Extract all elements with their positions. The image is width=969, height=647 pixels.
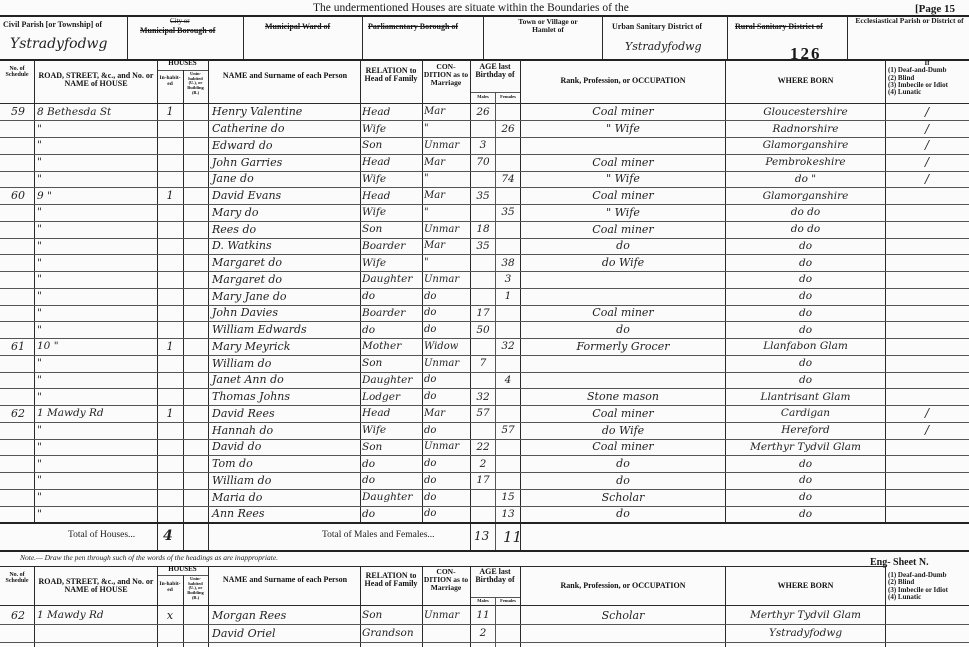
cell-schedule: 60 — [2, 187, 34, 204]
col-condition: CON-DITION as to Marriage — [423, 63, 469, 87]
cell-infirmity — [887, 238, 967, 255]
cell-relation: Daughter — [362, 489, 422, 506]
cell-female: 32 — [496, 338, 520, 355]
cell-name: D. Watkins — [212, 238, 358, 255]
cell-born: do — [727, 472, 884, 489]
cell-female — [496, 624, 520, 642]
total-persons-label: Total of Males and Females... — [322, 530, 435, 540]
cell-born: Llantrisant Glam — [727, 388, 884, 405]
cell-occupation: Stone mason — [522, 388, 724, 405]
cell-occupation: Coal miner — [522, 439, 724, 456]
cell-condition: " — [424, 204, 470, 221]
cell-condition: Unmar — [424, 606, 470, 624]
cell-inhabited — [158, 137, 182, 154]
cell-male: 35 — [471, 187, 495, 204]
cell-infirmity: / — [887, 171, 967, 188]
cell-relation: do — [362, 321, 422, 338]
cell-road: " — [37, 221, 155, 238]
cell-inhabited — [158, 271, 182, 288]
cell-female: 4 — [496, 372, 520, 389]
cell-relation: Boarder — [362, 238, 422, 255]
cell-inhabited — [158, 305, 182, 322]
cell-schedule — [2, 221, 34, 238]
col2-infirmity: (1) Deaf-and-Dumb (2) Blind (3) Imbecile… — [888, 572, 948, 601]
cell-road: 1 Mawdy Rd — [37, 405, 155, 422]
cell-female — [496, 238, 520, 255]
cell-name: Janet Ann do — [212, 372, 358, 389]
cell-schedule — [2, 624, 34, 642]
civil-parish-value: Ystradyfodwg — [10, 36, 107, 52]
ecclesiastical-label: Ecclesiastical Parish or District of — [852, 17, 967, 26]
cell-condition: Mar — [424, 238, 470, 255]
cell-female: 13 — [496, 506, 520, 523]
col2-relation: RELATION to Head of Family — [360, 572, 422, 589]
cell-infirmity — [887, 204, 967, 221]
cell-born: Hereford — [727, 422, 884, 439]
cell-male — [471, 422, 495, 439]
enumeration-district-number: 126 — [790, 44, 822, 64]
cell-born: Gloucestershire — [727, 104, 884, 121]
cell-male — [471, 489, 495, 506]
col-road: ROAD, STREET, &c., and No. or NAME of HO… — [36, 72, 156, 89]
total-males-value: 13 — [474, 529, 489, 543]
cell-male: 57 — [471, 405, 495, 422]
cell-condition: Widow — [424, 338, 470, 355]
cell-male: 22 — [471, 439, 495, 456]
headings-note: Note.— Draw the pen through such of the … — [20, 553, 278, 562]
cell-inhabited: 1 — [158, 187, 182, 204]
cell-male: 2 — [471, 624, 495, 642]
cell-schedule — [2, 171, 34, 188]
col-name: NAME and Surname of each Person — [215, 72, 355, 80]
cell-schedule — [2, 305, 34, 322]
col2-condition: CON-DITION as to Marriage — [423, 568, 469, 592]
cell-born: do — [727, 355, 884, 372]
cell-female — [496, 455, 520, 472]
cell-occupation: Coal miner — [522, 405, 724, 422]
cell-condition: Unmar — [424, 137, 470, 154]
cell-occupation: Coal miner — [522, 221, 724, 238]
col2-age: AGE last Birthday of — [471, 568, 519, 585]
cell-relation: Lodger — [362, 388, 422, 405]
cell-female — [496, 355, 520, 372]
cell-road: " — [37, 137, 155, 154]
cell-schedule — [2, 204, 34, 221]
total-houses-value: 4 — [163, 528, 173, 544]
cell-occupation: Scholar — [522, 606, 724, 624]
cell-condition: do — [424, 489, 470, 506]
cell-road: " — [37, 506, 155, 523]
col2-road: ROAD, STREET, &c., and No. or NAME of HO… — [36, 578, 156, 595]
page-number: [Page 15 — [915, 3, 955, 15]
cell-occupation: do — [522, 472, 724, 489]
cell-male: 35 — [471, 238, 495, 255]
cell-born: do — [727, 455, 884, 472]
cell-inhabited — [158, 489, 182, 506]
cell-road: " — [37, 422, 155, 439]
cell-occupation: do — [522, 455, 724, 472]
cell-occupation — [522, 355, 724, 372]
cell-road: " — [37, 288, 155, 305]
cell-road: " — [37, 372, 155, 389]
cell-occupation: Coal miner — [522, 187, 724, 204]
cell-condition: Unmar — [424, 221, 470, 238]
cell-born: Glamorganshire — [727, 137, 884, 154]
infirmity-4: (4) Lunatic — [888, 89, 966, 96]
cell-born: do " — [727, 171, 884, 188]
cell-road: " — [37, 321, 155, 338]
cell-condition: " — [424, 171, 470, 188]
cell-infirmity — [887, 439, 967, 456]
cell-inhabited: x — [158, 606, 182, 624]
cell-born: Ystradyfodwg — [727, 624, 884, 642]
cell-relation: Grandson — [362, 624, 422, 642]
rural-sanitary-label: Rural Sanitary District of — [735, 22, 823, 31]
cell-schedule: 59 — [2, 104, 34, 121]
cell-schedule — [2, 472, 34, 489]
cell-occupation: do Wife — [522, 254, 724, 271]
parliamentary-borough-label: Parliamentary Borough of — [368, 22, 458, 31]
cell-relation: Wife — [362, 254, 422, 271]
cell-inhabited — [158, 204, 182, 221]
cell-male: 70 — [471, 154, 495, 171]
cell-female: 74 — [496, 171, 520, 188]
cell-infirmity — [887, 372, 967, 389]
cell-relation: Daughter — [362, 271, 422, 288]
cell-name: Thomas Johns — [212, 388, 358, 405]
cell-condition: do — [424, 455, 470, 472]
cell-road: 8 Bethesda St — [37, 104, 155, 121]
cell-schedule — [2, 288, 34, 305]
cell-relation: Son — [362, 439, 422, 456]
cell-female — [496, 305, 520, 322]
cell-infirmity — [887, 254, 967, 271]
cell-schedule — [2, 154, 34, 171]
cell-female: 38 — [496, 254, 520, 271]
cell-female: 35 — [496, 204, 520, 221]
cell-condition: Mar — [424, 154, 470, 171]
infirmity2-4: (4) Lunatic — [888, 594, 948, 601]
cell-born: Cardigan — [727, 405, 884, 422]
cell-male: 11 — [471, 606, 495, 624]
cell-relation: Head — [362, 154, 422, 171]
cell-female: 26 — [496, 120, 520, 137]
cell-relation: do — [362, 455, 422, 472]
cell-occupation: do — [522, 321, 724, 338]
cell-born: Merthyr Tydvil Glam — [727, 606, 884, 624]
cell-infirmity: / — [887, 104, 967, 121]
cell-condition: do — [424, 506, 470, 523]
cell-born: do do — [727, 221, 884, 238]
urban-sanitary-label: Urban Sanitary District of — [612, 22, 702, 31]
cell-female: 1 — [496, 288, 520, 305]
cell-relation: Wife — [362, 422, 422, 439]
cell-name: Rees do — [212, 221, 358, 238]
cell-name: David Rees — [212, 405, 358, 422]
cell-schedule: 61 — [2, 338, 34, 355]
cell-schedule — [2, 372, 34, 389]
cell-occupation: " Wife — [522, 204, 724, 221]
cell-relation: Head — [362, 187, 422, 204]
col-age: AGE last Birthday of — [471, 63, 519, 80]
cell-schedule — [2, 120, 34, 137]
cell-name: David do — [212, 439, 358, 456]
cell-born: do — [727, 372, 884, 389]
cell-born: do — [727, 321, 884, 338]
cell-condition: " — [424, 254, 470, 271]
cell-inhabited — [158, 238, 182, 255]
cell-occupation — [522, 137, 724, 154]
cell-name: Catherine do — [212, 120, 358, 137]
cell-male: 50 — [471, 321, 495, 338]
cell-female — [496, 137, 520, 154]
cell-condition: do — [424, 321, 470, 338]
cell-relation: do — [362, 288, 422, 305]
cell-road: 1 Mawdy Rd — [37, 606, 155, 624]
cell-born: do — [727, 506, 884, 523]
cell-schedule — [2, 254, 34, 271]
cell-born: Radnorshire — [727, 120, 884, 137]
cell-occupation: do Wife — [522, 422, 724, 439]
cell-road: 10 " — [37, 338, 155, 355]
col-houses: HOUSES — [157, 60, 208, 67]
cell-relation: Wife — [362, 120, 422, 137]
top-heading: The undermentioned Houses are situate wi… — [313, 2, 629, 14]
col2-males: Males — [471, 599, 495, 604]
cell-inhabited — [158, 221, 182, 238]
cell-infirmity — [887, 455, 967, 472]
cell-name: Tom do — [212, 455, 358, 472]
cell-road: " — [37, 204, 155, 221]
cell-male: 2 — [471, 455, 495, 472]
cell-female — [496, 221, 520, 238]
cell-inhabited — [158, 506, 182, 523]
cell-infirmity — [887, 271, 967, 288]
col2-uninhabited: Unin-habited (U.), or Building (B.) — [184, 577, 207, 601]
cell-infirmity — [887, 355, 967, 372]
cell-inhabited: 1 — [158, 104, 182, 121]
cell-relation: Mother — [362, 338, 422, 355]
cell-female — [496, 321, 520, 338]
cell-relation: Son — [362, 355, 422, 372]
cell-male: 18 — [471, 221, 495, 238]
cell-inhabited — [158, 388, 182, 405]
cell-occupation: Formerly Grocer — [522, 338, 724, 355]
cell-name: William do — [212, 355, 358, 372]
cell-road: " — [37, 305, 155, 322]
col-relation: RELATION to Head of Family — [360, 67, 422, 84]
cell-schedule: 62 — [2, 405, 34, 422]
cell-name: Hannah do — [212, 422, 358, 439]
cell-infirmity — [887, 187, 967, 204]
cell-name: David Evans — [212, 187, 358, 204]
cell-infirmity — [887, 388, 967, 405]
cell-inhabited: 1 — [158, 405, 182, 422]
cell-name: John Garries — [212, 154, 358, 171]
col-where-born: WHERE BORN — [727, 77, 884, 85]
cell-occupation: Coal miner — [522, 154, 724, 171]
total-houses-label: Total of Houses... — [68, 530, 135, 540]
col-inhabited: In-habit-ed — [158, 76, 182, 88]
cell-road: " — [37, 120, 155, 137]
cell-inhabited — [158, 624, 182, 642]
cell-infirmity — [887, 472, 967, 489]
cell-schedule — [2, 439, 34, 456]
col2-where-born: WHERE BORN — [727, 582, 884, 590]
cell-schedule — [2, 238, 34, 255]
cell-inhabited: 1 — [158, 338, 182, 355]
cell-occupation — [522, 624, 724, 642]
cell-male — [471, 271, 495, 288]
cell-infirmity — [887, 321, 967, 338]
cell-born: do — [727, 254, 884, 271]
cell-infirmity — [887, 624, 967, 642]
cell-occupation — [522, 288, 724, 305]
cell-name: Mary Jane do — [212, 288, 358, 305]
cell-schedule — [2, 321, 34, 338]
cell-born: Llanfabon Glam — [727, 338, 884, 355]
cell-occupation: do — [522, 506, 724, 523]
cell-born: do — [727, 288, 884, 305]
cell-born: Pembrokeshire — [727, 154, 884, 171]
cell-name: William do — [212, 472, 358, 489]
col2-inhabited: In-habit-ed — [158, 582, 182, 594]
cell-infirmity: / — [887, 137, 967, 154]
cell-name: Margaret do — [212, 271, 358, 288]
cell-inhabited — [158, 321, 182, 338]
cell-relation: do — [362, 472, 422, 489]
cell-road: " — [37, 271, 155, 288]
cell-female — [496, 104, 520, 121]
cell-schedule — [2, 422, 34, 439]
cell-name: Mary do — [212, 204, 358, 221]
cell-female — [496, 439, 520, 456]
cell-condition: do — [424, 472, 470, 489]
cell-condition: do — [424, 422, 470, 439]
cell-born: do — [727, 305, 884, 322]
cell-occupation: Coal miner — [522, 305, 724, 322]
cell-infirmity — [887, 338, 967, 355]
cell-inhabited — [158, 355, 182, 372]
cell-name: David Oriel — [212, 624, 358, 642]
cell-female — [496, 606, 520, 624]
cell-born: do — [727, 489, 884, 506]
cell-born: Glamorganshire — [727, 187, 884, 204]
city-label-top: City or — [170, 17, 190, 25]
municipal-borough-label: Municipal Borough of — [140, 26, 215, 35]
cell-occupation: do — [522, 238, 724, 255]
cell-occupation — [522, 372, 724, 389]
cell-name: Edward do — [212, 137, 358, 154]
cell-road: " — [37, 489, 155, 506]
cell-female — [496, 154, 520, 171]
cell-infirmity: / — [887, 422, 967, 439]
cell-female — [496, 187, 520, 204]
civil-parish-label: Civil Parish [or Township] of — [3, 20, 102, 29]
cell-relation: Son — [362, 606, 422, 624]
cell-road: " — [37, 254, 155, 271]
cell-condition: Mar — [424, 187, 470, 204]
cell-born: do do — [727, 204, 884, 221]
cell-female: 57 — [496, 422, 520, 439]
col-uninhabited: Unin-habited (U.), or Building (B.) — [184, 72, 207, 96]
cell-male — [471, 171, 495, 188]
cell-name: William Edwards — [212, 321, 358, 338]
cell-occupation: Scholar — [522, 489, 724, 506]
cell-female: 3 — [496, 271, 520, 288]
cell-occupation — [522, 271, 724, 288]
cell-condition — [424, 624, 470, 642]
cell-condition: Unmar — [424, 271, 470, 288]
cell-inhabited — [158, 472, 182, 489]
cell-road: " — [37, 455, 155, 472]
col-occupation: Rank, Profession, or OCCUPATION — [522, 77, 724, 85]
cell-infirmity: / — [887, 405, 967, 422]
cell-female — [496, 388, 520, 405]
cell-relation: Head — [362, 405, 422, 422]
cell-inhabited — [158, 171, 182, 188]
cell-infirmity — [887, 489, 967, 506]
cell-condition: Unmar — [424, 355, 470, 372]
cell-road — [37, 624, 155, 642]
cell-name: Margaret do — [212, 254, 358, 271]
cell-inhabited — [158, 288, 182, 305]
cell-male: 7 — [471, 355, 495, 372]
cell-schedule — [2, 489, 34, 506]
cell-name: Maria do — [212, 489, 358, 506]
cell-infirmity — [887, 221, 967, 238]
cell-relation: Wife — [362, 204, 422, 221]
cell-male: 26 — [471, 104, 495, 121]
cell-condition: " — [424, 120, 470, 137]
cell-condition: do — [424, 305, 470, 322]
cell-occupation: Coal miner — [522, 104, 724, 121]
cell-road: " — [37, 154, 155, 171]
col2-schedule: No. of Schedule — [1, 572, 33, 585]
col-females: Females — [496, 95, 520, 100]
cell-schedule — [2, 388, 34, 405]
cell-male — [471, 506, 495, 523]
cell-name: Mary Meyrick — [212, 338, 358, 355]
cell-female — [496, 405, 520, 422]
cell-condition: do — [424, 288, 470, 305]
cell-road: " — [37, 171, 155, 188]
cell-relation: Son — [362, 221, 422, 238]
col-schedule: No. of Schedule — [1, 66, 33, 79]
total-females-value: 11 — [503, 528, 522, 546]
cell-female: 15 — [496, 489, 520, 506]
cell-condition: do — [424, 372, 470, 389]
cell-male: 17 — [471, 305, 495, 322]
col2-females: Females — [496, 599, 520, 604]
cell-relation: Wife — [362, 171, 422, 188]
cell-male — [471, 120, 495, 137]
col-males: Males — [471, 95, 495, 100]
cell-inhabited — [158, 422, 182, 439]
cell-road: " — [37, 238, 155, 255]
cell-road: " — [37, 355, 155, 372]
cell-born: Merthyr Tydvil Glam — [727, 439, 884, 456]
urban-sanitary-value: Ystradyfodwg — [625, 40, 702, 53]
cell-condition: do — [424, 388, 470, 405]
cell-inhabited — [158, 254, 182, 271]
cell-relation: Boarder — [362, 305, 422, 322]
cell-condition: Mar — [424, 104, 470, 121]
col2-houses: HOUSES — [157, 566, 208, 573]
cell-name: John Davies — [212, 305, 358, 322]
cell-infirmity — [887, 606, 967, 624]
col2-occupation: Rank, Profession, or OCCUPATION — [522, 582, 724, 590]
